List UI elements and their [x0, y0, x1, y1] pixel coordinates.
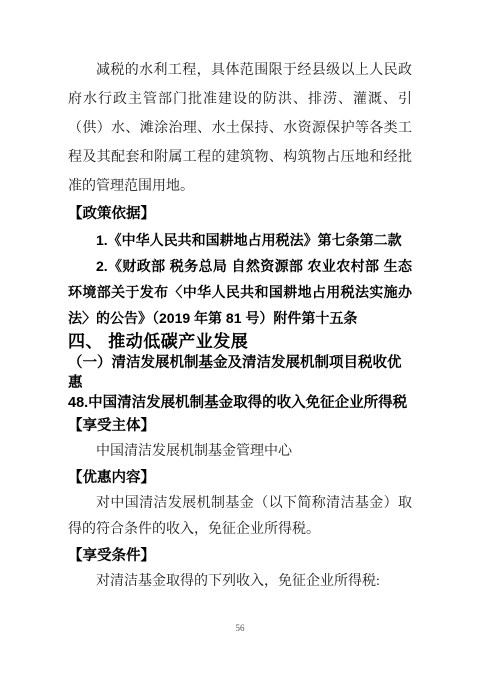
- beneficiary-label: 【享受主体】: [68, 413, 412, 439]
- benefit-text: 对中国清洁发展机制基金（以下简称清洁基金）取得的符合条件的收入，免征企业所得税。: [68, 491, 412, 543]
- policy-basis-item-1: 1.《中华人民共和国耕地占用税法》第七条第二款: [68, 227, 412, 253]
- benefit-label: 【优惠内容】: [68, 465, 412, 491]
- subsection-title: （一）清洁发展机制基金及清洁发展机制项目税收优惠: [68, 353, 412, 393]
- section-title: 四、 推动低碳产业发展: [68, 331, 412, 353]
- item-title: 48.中国清洁发展机制基金取得的收入免征企业所得税: [68, 393, 412, 413]
- condition-text: 对清洁基金取得的下列收入，免征企业所得税:: [68, 569, 412, 595]
- intro-paragraph: 减税的水利工程，具体范围限于经县级以上人民政府水行政主管部门批准建设的防洪、排涝…: [68, 56, 412, 201]
- condition-label: 【享受条件】: [68, 543, 412, 569]
- policy-basis-item-2: 2.《财政部 税务总局 自然资源部 农业农村部 生态环境部关于发布〈中华人民共和…: [68, 253, 412, 331]
- document-page: 减税的水利工程，具体范围限于经县级以上人民政府水行政主管部门批准建设的防洪、排涝…: [0, 0, 480, 678]
- page-number: 56: [0, 623, 480, 633]
- policy-basis-label: 【政策依据】: [68, 201, 412, 227]
- beneficiary-text: 中国清洁发展机制基金管理中心: [68, 439, 412, 465]
